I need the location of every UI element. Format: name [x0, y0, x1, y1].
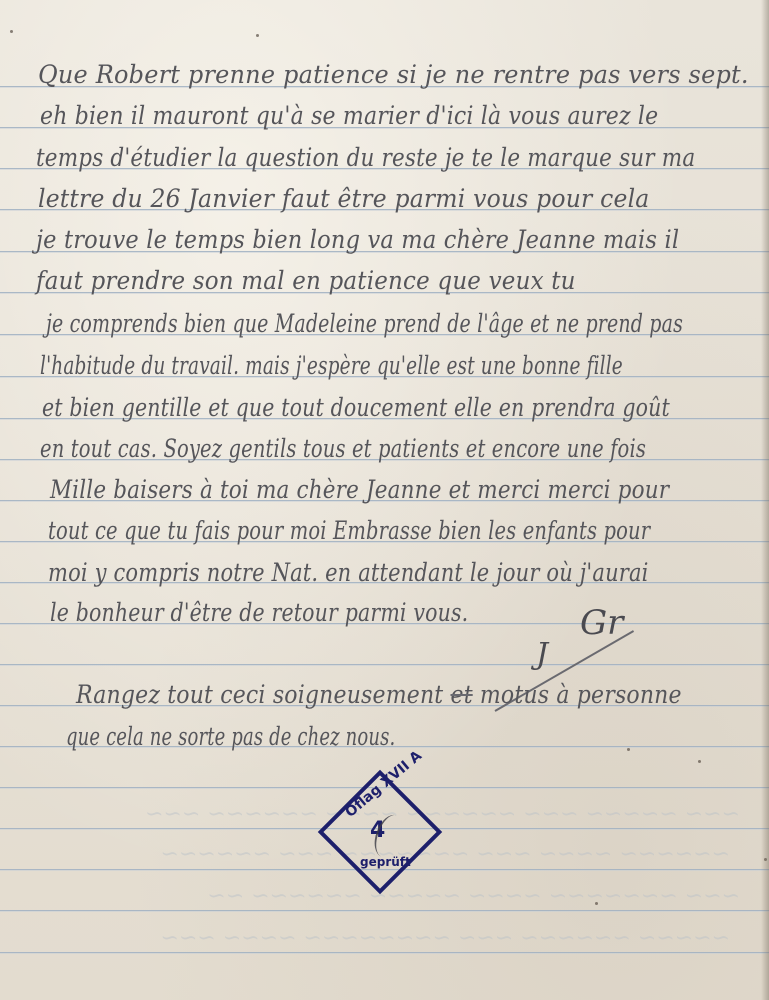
letter-line: Mille baisers à toi ma chère Jeanne et m… [50, 477, 669, 502]
signature-flourish: J [536, 640, 548, 670]
paper-speck [256, 34, 259, 37]
paper-speck [627, 748, 630, 751]
letter-line: moi y compris notre Nat. en attendant le… [48, 560, 649, 585]
paper-speck [10, 30, 13, 33]
letter-line: Que Robert prenne patience si je ne rent… [38, 62, 749, 87]
letter-line: faut prendre son mal en patience que veu… [36, 268, 576, 293]
ruled-line [0, 910, 769, 911]
page-edge-shadow [761, 0, 769, 1000]
letter-line: je trouve le temps bien long va ma chère… [36, 227, 679, 252]
letter-line: eh bien il mauront qu'à se marier d'ici … [40, 103, 658, 128]
struck-word: et [450, 680, 472, 709]
censor-stamp: Oflag XVII A 4 geprüft [318, 770, 446, 898]
letter-line: le bonheur d'être de retour parmi vous. [50, 600, 468, 625]
postscript-text: motus à personne [473, 680, 682, 709]
stamp-approved-text: geprüft [360, 856, 411, 868]
letter-line: et bien gentille et que tout doucement e… [42, 395, 670, 420]
signature: Gr [580, 606, 623, 640]
letter-line: je comprends bien que Madeleine prend de… [46, 311, 683, 336]
paper-speck [595, 902, 598, 905]
letter-line: temps d'étudier la question du reste je … [36, 145, 695, 170]
postscript-line: Rangez tout ceci soigneusement et motus … [76, 682, 682, 707]
letter-line: l'habitude du travail. mais j'espère qu'… [40, 353, 623, 378]
letter-line: lettre du 26 Janvier faut être parmi vou… [38, 186, 649, 211]
letter-page: ~~~ ~~~~~ ~~~ ~~~~~~ ~~~~ ~~~~~~ ~~~ ~~~… [0, 0, 769, 1000]
ruled-line [0, 664, 769, 665]
ruled-line [0, 952, 769, 953]
postscript-text: Rangez tout ceci soigneusement [76, 680, 450, 709]
bleed-through-text: ~~~~~ ~~~~~~ ~~~ ~~~~~~~~ ~~~~ ~~~ [30, 926, 730, 951]
letter-line: en tout cas. Soyez gentils tous et patie… [40, 436, 646, 461]
postscript-line: que cela ne sorte pas de chez nous. [66, 724, 395, 749]
paper-speck [698, 760, 701, 763]
letter-line: tout ce que tu fais pour moi Embrasse bi… [48, 518, 650, 543]
